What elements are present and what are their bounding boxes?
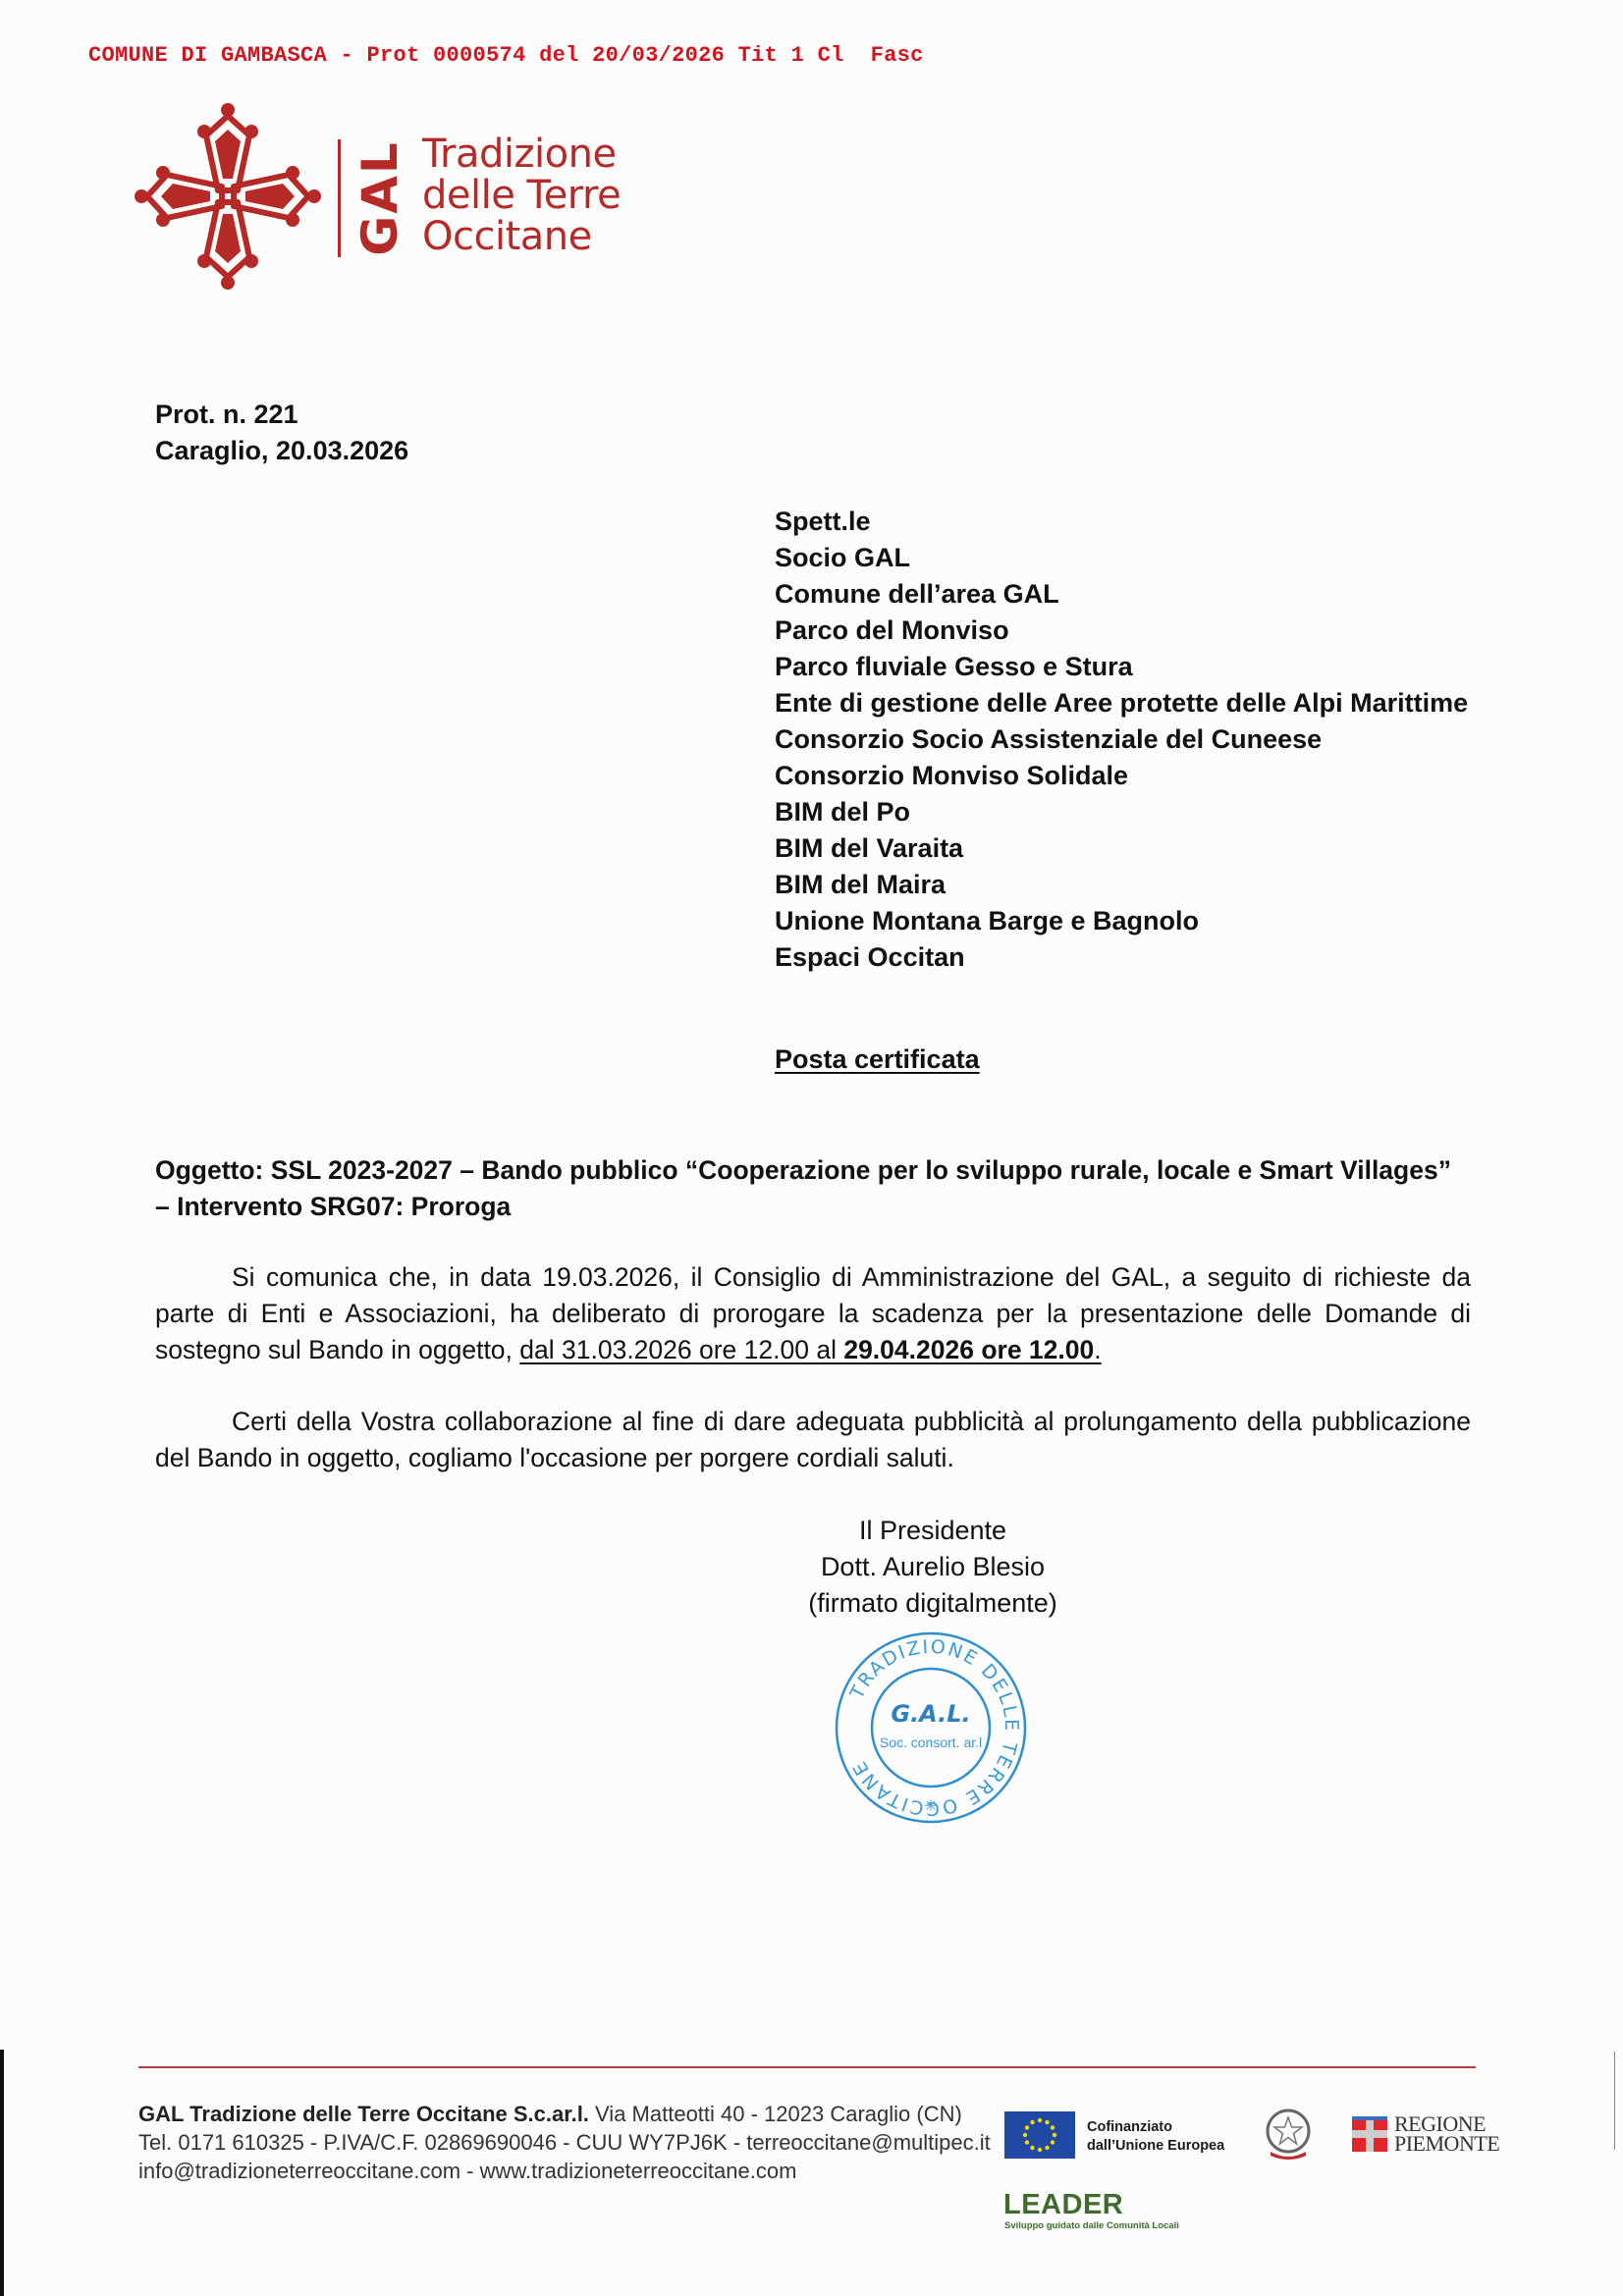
footer-phone-vat: Tel. 0171 610325 - P.IVA/C.F. 0286969004… bbox=[138, 2128, 991, 2157]
subject-line: Oggetto: SSL 2023-2027 – Bando pubblico … bbox=[155, 1152, 1471, 1225]
footer-divider bbox=[138, 2066, 1476, 2068]
recipient-item: Parco fluviale Gesso e Stura bbox=[775, 649, 1468, 685]
footer-web-email: info@tradizioneterreoccitane.com - www.t… bbox=[138, 2157, 991, 2185]
regione-piemonte-label: REGIONE PIEMONTE bbox=[1394, 2114, 1499, 2154]
svg-text:✳: ✳ bbox=[924, 1796, 937, 1815]
recipient-item: Socio GAL bbox=[775, 540, 1468, 576]
protocol-number: Prot. n. 221 bbox=[155, 397, 408, 433]
protocol-stamp-header: COMUNE DI GAMBASCA - Prot 0000574 del 20… bbox=[88, 43, 924, 68]
recipient-item: BIM del Maira bbox=[775, 867, 1468, 903]
recipient-item: BIM del Po bbox=[775, 794, 1468, 830]
recipient-item: Comune dell’area GAL bbox=[775, 576, 1468, 613]
svg-text:G.A.L.: G.A.L. bbox=[891, 1700, 970, 1728]
delivery-method: Posta certificata bbox=[775, 1044, 980, 1075]
recipient-item: Unione Montana Barge e Bagnolo bbox=[775, 903, 1468, 939]
signer-role: Il Presidente bbox=[746, 1513, 1119, 1549]
protocol-block: Prot. n. 221 Caraglio, 20.03.2026 bbox=[155, 397, 408, 469]
scan-edge-right bbox=[1614, 2052, 1615, 2150]
eu-flag-icon bbox=[1004, 2111, 1075, 2159]
recipient-item: Parco del Monviso bbox=[775, 613, 1468, 649]
recipient-item: Spett.le bbox=[775, 504, 1468, 540]
deadline-extension: dal 31.03.2026 ore 12.00 al 29.04.2026 o… bbox=[519, 1335, 1101, 1364]
body-paragraph-2: Certi della Vostra collaborazione al fin… bbox=[155, 1404, 1471, 1476]
recipient-item: Ente di gestione delle Aree protette del… bbox=[775, 685, 1468, 721]
logo-divider bbox=[338, 139, 341, 257]
footer-address: Via Matteotti 40 - 12023 Caraglio (CN) bbox=[589, 2102, 962, 2126]
recipient-item: BIM del Varaita bbox=[775, 830, 1468, 867]
body-paragraph-1: Si comunica che, in data 19.03.2026, il … bbox=[155, 1259, 1471, 1368]
footer-company: GAL Tradizione delle Terre Occitane S.c.… bbox=[138, 2102, 589, 2126]
scan-edge bbox=[0, 2050, 4, 2296]
gal-logo: GAL Tradizione delle Terre Occitane bbox=[130, 98, 640, 294]
logo-name: Tradizione delle Terre Occitane bbox=[422, 133, 621, 257]
signature-note: (firmato digitalmente) bbox=[746, 1585, 1119, 1622]
recipient-item: Consorzio Socio Assistenziale del Cunees… bbox=[775, 721, 1468, 758]
signer-name: Dott. Aurelio Blesio bbox=[746, 1549, 1119, 1585]
logo-acronym: GAL bbox=[359, 137, 401, 259]
italian-republic-emblem-icon bbox=[1263, 2107, 1314, 2162]
eu-cofunding-label: Cofinanziato dall’Unione Europea bbox=[1087, 2118, 1224, 2156]
recipient-item: Consorzio Monviso Solidale bbox=[775, 758, 1468, 794]
footer-contacts: GAL Tradizione delle Terre Occitane S.c.… bbox=[138, 2100, 991, 2185]
company-seal-icon: TRADIZIONE DELLE TERRE OCCITANE G.A.L. S… bbox=[833, 1629, 1029, 1826]
leader-logo: LEADER bbox=[1003, 2189, 1123, 2221]
recipient-list: Spett.le Socio GAL Comune dell’area GAL … bbox=[775, 504, 1468, 976]
svg-text:Soc. consort. ar.l: Soc. consort. ar.l bbox=[880, 1735, 982, 1750]
place-date: Caraglio, 20.03.2026 bbox=[155, 433, 408, 469]
recipient-item: Espaci Occitan bbox=[775, 939, 1468, 976]
signature-block: Il Presidente Dott. Aurelio Blesio (firm… bbox=[746, 1513, 1119, 1622]
leader-tagline: Sviluppo guidato dalle Comunità Locali bbox=[1004, 2220, 1179, 2231]
regione-piemonte-flag-icon bbox=[1352, 2116, 1387, 2152]
occitan-cross-icon bbox=[130, 98, 326, 294]
new-deadline: 29.04.2026 ore 12.00 bbox=[843, 1335, 1094, 1364]
